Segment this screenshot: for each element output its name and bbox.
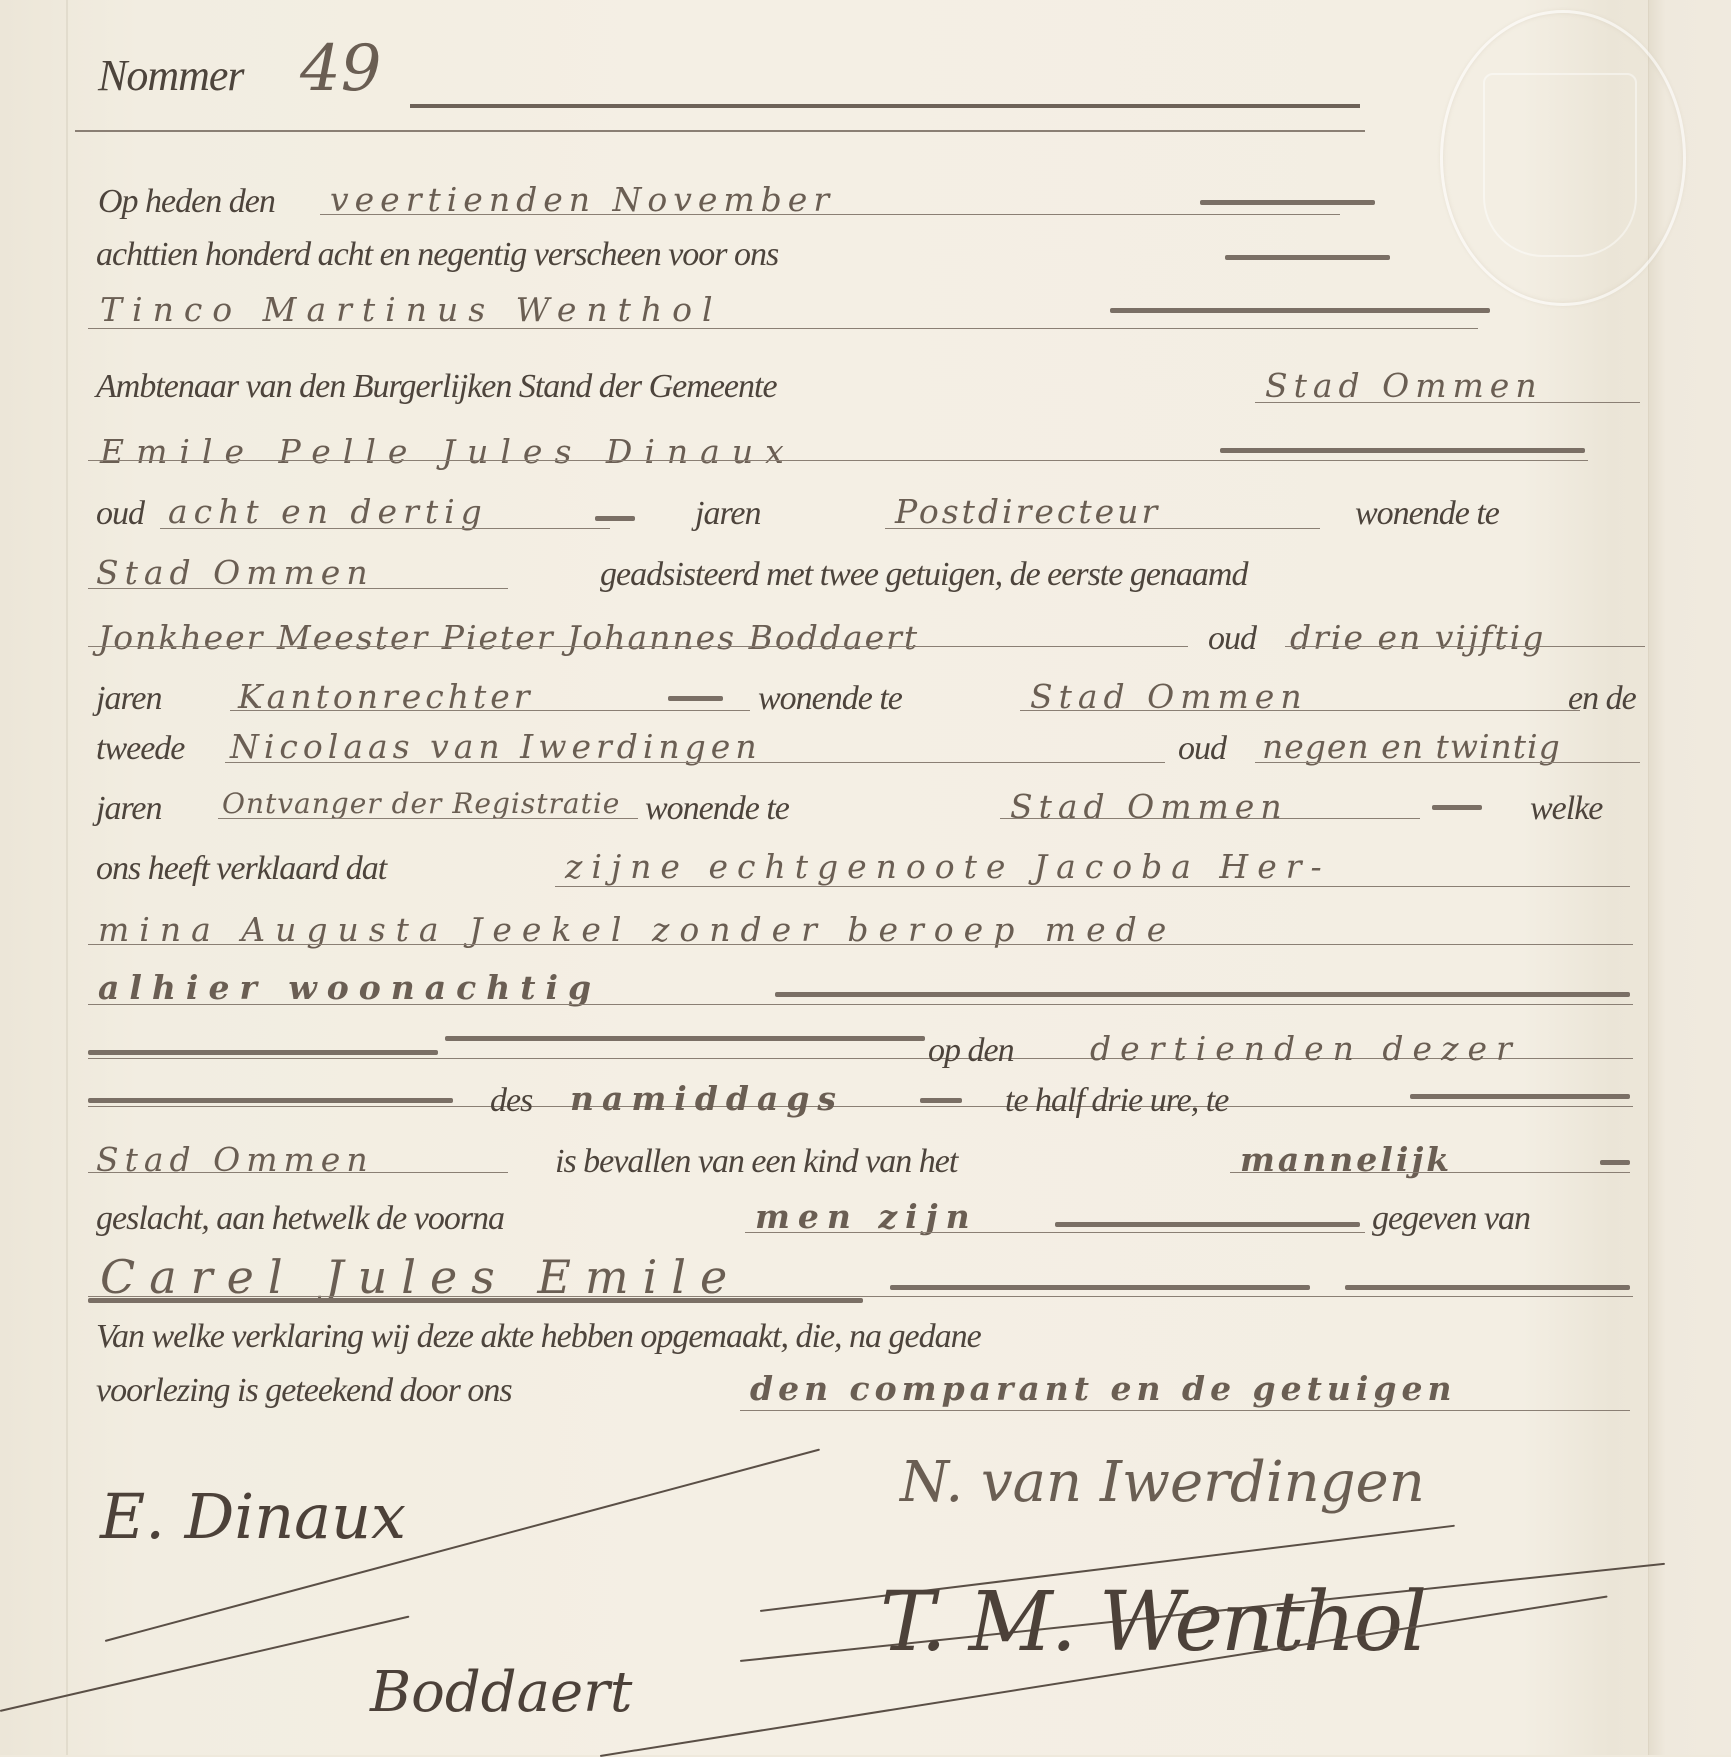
rule bbox=[88, 646, 1188, 647]
printed-text: jaren bbox=[695, 495, 761, 533]
father-occupation-field: Postdirecteur bbox=[895, 492, 1160, 531]
filler-dash bbox=[1600, 1160, 1630, 1165]
official-name-field: Tinco Martinus Wenthol bbox=[100, 290, 723, 329]
printed-text: te half drie ure, te bbox=[1005, 1082, 1228, 1120]
father-age-field: acht en dertig bbox=[168, 492, 488, 531]
father-residence-field: Stad Ommen bbox=[96, 553, 374, 592]
signatories-field: den comparant en de getuigen bbox=[750, 1369, 1456, 1408]
printed-text: geslacht, aan hetwelk de voorna bbox=[96, 1200, 504, 1238]
witness2-age-field: negen en twintig bbox=[1262, 727, 1561, 766]
printed-text: en de bbox=[1568, 680, 1636, 718]
witness2-occupation-field: Ontvanger der Registratie bbox=[222, 787, 620, 820]
printed-text: Ambtenaar van den Burgerlijken Stand der… bbox=[96, 368, 777, 406]
rule bbox=[1255, 402, 1640, 403]
signature-official: T. M. Wenthol bbox=[880, 1575, 1425, 1670]
rule bbox=[88, 1106, 1633, 1107]
document-page: Nommer 49 Op heden den veertienden Novem… bbox=[0, 0, 1731, 1755]
printed-text: Van welke verklaring wij deze akte hebbe… bbox=[96, 1318, 981, 1356]
printed-text: jaren bbox=[96, 680, 162, 718]
rule bbox=[88, 328, 1478, 329]
printed-text: des bbox=[490, 1082, 532, 1120]
rule bbox=[885, 528, 1320, 529]
rule bbox=[88, 460, 1588, 461]
rule bbox=[320, 214, 1340, 215]
rule bbox=[230, 710, 750, 711]
page-edge bbox=[1648, 0, 1731, 1755]
father-name-field: Emile Pelle Jules Dinaux bbox=[100, 432, 796, 471]
rule bbox=[745, 1232, 1365, 1233]
left-margin-line bbox=[66, 0, 68, 1755]
printed-text: wonende te bbox=[758, 680, 902, 718]
signature-flourish bbox=[0, 1616, 409, 1712]
rule bbox=[740, 1410, 1630, 1411]
rule bbox=[1285, 646, 1645, 647]
record-number-label: Nommer bbox=[98, 50, 244, 101]
filler-dash bbox=[1432, 805, 1482, 810]
printed-text: gegeven van bbox=[1372, 1200, 1530, 1238]
rule bbox=[1000, 818, 1420, 819]
filler-dash bbox=[1110, 308, 1490, 313]
witness1-name-field: Jonkheer Meester Pieter Johannes Boddaer… bbox=[98, 618, 919, 657]
printed-text: Op heden den bbox=[98, 183, 275, 221]
witness1-age-field: drie en vijftig bbox=[1290, 618, 1545, 657]
filler-dash bbox=[890, 1285, 1310, 1290]
filler-dash bbox=[1410, 1094, 1630, 1099]
rule bbox=[75, 130, 1365, 132]
rule bbox=[88, 1004, 1633, 1005]
filler-dash bbox=[1225, 255, 1390, 260]
printed-text: jaren bbox=[96, 790, 162, 828]
printed-text: wonende te bbox=[1355, 495, 1499, 533]
signature-father: E. Dinaux bbox=[100, 1480, 406, 1553]
rule bbox=[160, 528, 610, 529]
signature-witness1: Boddaert bbox=[370, 1660, 632, 1725]
filler-dash bbox=[920, 1098, 962, 1103]
rule bbox=[88, 588, 508, 589]
printed-text: geadsisteerd met twee getuigen, de eerst… bbox=[600, 556, 1248, 594]
printed-text: welke bbox=[1530, 790, 1602, 828]
birth-place-field: Stad Ommen bbox=[96, 1140, 374, 1179]
birth-date-field: dertienden dezer bbox=[1090, 1029, 1521, 1068]
printed-text: oud bbox=[1178, 730, 1226, 768]
printed-text: oud bbox=[96, 495, 144, 533]
given-names-label-field: men zijn bbox=[755, 1197, 978, 1236]
filler-dash bbox=[668, 696, 723, 701]
printed-text: ons heeft verklaard dat bbox=[96, 850, 386, 888]
filler-dash bbox=[1345, 1285, 1630, 1290]
filler-dash bbox=[88, 1098, 453, 1103]
signature-witness2: N. van Iwerdingen bbox=[900, 1450, 1425, 1515]
rule bbox=[555, 886, 1630, 887]
printed-text: wonende te bbox=[645, 790, 789, 828]
printed-text: is bevallen van een kind van het bbox=[555, 1143, 957, 1181]
municipality-field: Stad Ommen bbox=[1265, 366, 1543, 405]
printed-text: achttien honderd acht en negentig versch… bbox=[96, 236, 778, 274]
birth-time-field: namiddags bbox=[570, 1079, 844, 1118]
filler-dash bbox=[775, 992, 1630, 997]
printed-text: op den bbox=[928, 1032, 1014, 1070]
filler-dash bbox=[1055, 1222, 1360, 1227]
printed-text: tweede bbox=[96, 730, 184, 768]
witness2-name-field: Nicolaas van Iwerdingen bbox=[230, 727, 762, 766]
rule bbox=[1020, 710, 1580, 711]
seal-shield-icon bbox=[1483, 73, 1637, 257]
rule bbox=[1230, 1172, 1630, 1173]
witness2-residence-field: Stad Ommen bbox=[1010, 787, 1288, 826]
child-sex-field: mannelijk bbox=[1240, 1140, 1452, 1179]
rule bbox=[88, 944, 1633, 945]
printed-text: oud bbox=[1208, 620, 1256, 658]
rule bbox=[218, 818, 638, 819]
filler-dash bbox=[1220, 448, 1585, 453]
filler-dash bbox=[88, 1050, 438, 1055]
filler-dash bbox=[88, 1298, 863, 1303]
mother-name-field: zijne echtgenoote Jacoba Her- bbox=[565, 847, 1331, 886]
mother-residence-field: alhier woonachtig bbox=[98, 968, 601, 1007]
printed-text: voorlezing is geteekend door ons bbox=[96, 1372, 512, 1410]
filler-dash bbox=[445, 1036, 925, 1041]
rule bbox=[88, 1296, 1633, 1297]
rule bbox=[88, 1172, 508, 1173]
filler-dash bbox=[1200, 200, 1375, 205]
rule bbox=[410, 104, 1360, 108]
rule bbox=[225, 762, 1165, 763]
record-number-value: 49 bbox=[300, 32, 381, 106]
embossed-seal-icon bbox=[1440, 10, 1686, 306]
filler-dash bbox=[595, 516, 635, 521]
rule bbox=[1255, 762, 1640, 763]
